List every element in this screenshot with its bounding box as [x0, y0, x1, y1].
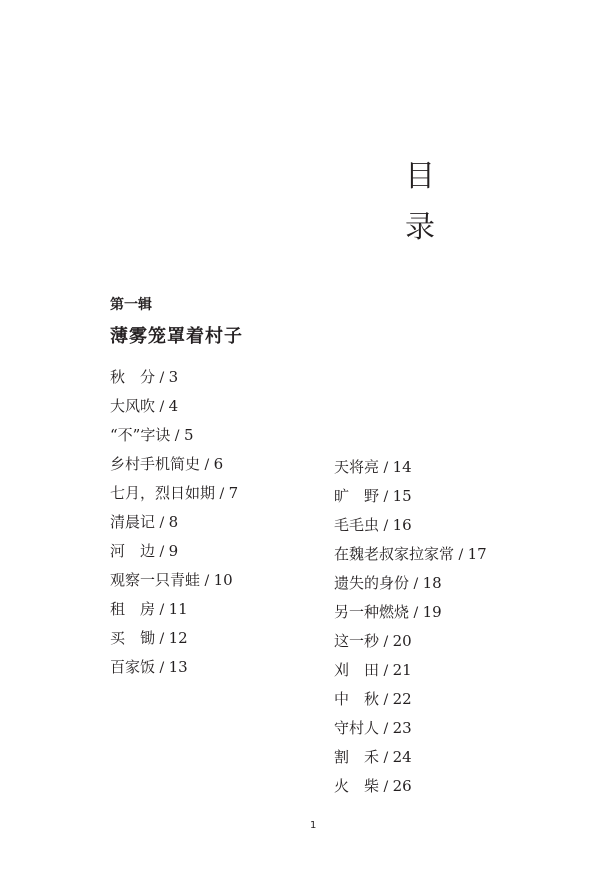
- toc-entry-separator: /: [409, 576, 423, 592]
- toc-entry-title: 买 锄: [110, 629, 155, 647]
- toc-entry-separator: /: [215, 486, 229, 502]
- toc-entry-page: 24: [393, 748, 412, 766]
- toc-entry-page: 5: [184, 426, 194, 444]
- toc-entry-title: 租 房: [110, 600, 155, 618]
- toc-entry[interactable]: 买 锄 / 12: [110, 628, 238, 657]
- toc-entry-title: 天将亮: [334, 458, 379, 476]
- toc-entry-title: 守村人: [334, 719, 379, 737]
- toc-entry[interactable]: 在魏老叔家拉家常 / 17: [334, 544, 487, 573]
- toc-entry-title: 七月，烈日如期: [110, 484, 215, 502]
- toc-column-left: 秋 分 / 3大风吹 / 4“不”字诀 / 5乡村手机简史 / 6七月，烈日如期…: [110, 367, 238, 686]
- toc-entry-page: 12: [169, 629, 188, 647]
- toc-entry-separator: /: [379, 518, 393, 534]
- toc-entry[interactable]: 大风吹 / 4: [110, 396, 238, 425]
- toc-entry[interactable]: 旷 野 / 15: [334, 486, 487, 515]
- toc-entry-separator: /: [379, 489, 393, 505]
- toc-entry[interactable]: 秋 分 / 3: [110, 367, 238, 396]
- page-number: 1: [310, 820, 316, 831]
- toc-entry[interactable]: 遗失的身份 / 18: [334, 573, 487, 602]
- toc-entry-title: 这一秒: [334, 632, 379, 650]
- toc-entry-title: 百家饭: [110, 658, 155, 676]
- toc-entry-page: 7: [229, 484, 239, 502]
- toc-entry-title: 火 柴: [334, 777, 379, 795]
- toc-entry-page: 16: [393, 516, 412, 534]
- toc-entry-page: 8: [169, 513, 179, 531]
- toc-heading-char-1: 目: [405, 162, 435, 192]
- toc-entry-separator: /: [379, 779, 393, 795]
- toc-entry-page: 3: [169, 368, 179, 386]
- toc-entry-page: 6: [214, 455, 224, 473]
- toc-entry-page: 4: [169, 397, 179, 415]
- toc-entry-page: 10: [214, 571, 233, 589]
- toc-entry-separator: /: [454, 547, 468, 563]
- toc-entry[interactable]: 租 房 / 11: [110, 599, 238, 628]
- toc-entry-title: 乡村手机简史: [110, 455, 200, 473]
- toc-entry-title: 刈 田: [334, 661, 379, 679]
- toc-entry-page: 18: [423, 574, 442, 592]
- toc-entry-separator: /: [379, 663, 393, 679]
- toc-entry-title: 遗失的身份: [334, 574, 409, 592]
- toc-entry-separator: /: [155, 544, 169, 560]
- toc-entry-separator: /: [170, 428, 184, 444]
- toc-entry[interactable]: 河 边 / 9: [110, 541, 238, 570]
- toc-entry-title: 河 边: [110, 542, 155, 560]
- toc-entry-page: 17: [468, 545, 487, 563]
- toc-entry[interactable]: 另一种燃烧 / 19: [334, 602, 487, 631]
- toc-entry-separator: /: [155, 399, 169, 415]
- toc-entry-title: 中 秋: [334, 690, 379, 708]
- toc-entry-page: 26: [393, 777, 412, 795]
- toc-entry-separator: /: [409, 605, 423, 621]
- section-label: 第一辑: [110, 294, 152, 314]
- toc-heading-char-2: 录: [405, 213, 435, 243]
- toc-entry[interactable]: 中 秋 / 22: [334, 689, 487, 718]
- toc-entry-separator: /: [379, 750, 393, 766]
- toc-entry[interactable]: 守村人 / 23: [334, 718, 487, 747]
- toc-entry[interactable]: 清晨记 / 8: [110, 512, 238, 541]
- toc-entry[interactable]: 这一秒 / 20: [334, 631, 487, 660]
- toc-entry-page: 22: [393, 690, 412, 708]
- toc-entry-title: 另一种燃烧: [334, 603, 409, 621]
- toc-entry-page: 9: [169, 542, 179, 560]
- toc-entry[interactable]: 天将亮 / 14: [334, 457, 487, 486]
- toc-entry-page: 13: [169, 658, 188, 676]
- toc-entry-page: 11: [169, 600, 188, 618]
- toc-entry-separator: /: [379, 634, 393, 650]
- toc-entry[interactable]: “不”字诀 / 5: [110, 425, 238, 454]
- toc-entry-separator: /: [155, 515, 169, 531]
- toc-entry-page: 14: [393, 458, 412, 476]
- toc-entry-separator: /: [379, 692, 393, 708]
- toc-entry-title: 毛毛虫: [334, 516, 379, 534]
- toc-entry[interactable]: 火 柴 / 26: [334, 776, 487, 805]
- toc-entry-title: 秋 分: [110, 368, 155, 386]
- toc-entry-separator: /: [379, 721, 393, 737]
- section-title: 薄雾笼罩着村子: [110, 322, 243, 348]
- toc-entry[interactable]: 七月，烈日如期 / 7: [110, 483, 238, 512]
- toc-column-right: 天将亮 / 14旷 野 / 15毛毛虫 / 16在魏老叔家拉家常 / 17遗失的…: [334, 457, 487, 805]
- toc-entry[interactable]: 百家饭 / 13: [110, 657, 238, 686]
- toc-entry[interactable]: 割 禾 / 24: [334, 747, 487, 776]
- toc-entry-separator: /: [155, 660, 169, 676]
- toc-entry-separator: /: [379, 460, 393, 476]
- toc-entry-page: 15: [393, 487, 412, 505]
- toc-entry[interactable]: 刈 田 / 21: [334, 660, 487, 689]
- toc-entry-page: 20: [393, 632, 412, 650]
- toc-entry[interactable]: 乡村手机简史 / 6: [110, 454, 238, 483]
- toc-entry-title: 割 禾: [334, 748, 379, 766]
- toc-entry-page: 21: [393, 661, 412, 679]
- toc-entry-separator: /: [155, 602, 169, 618]
- toc-entry-title: “不”字诀: [110, 426, 170, 444]
- toc-entry-page: 19: [423, 603, 442, 621]
- toc-entry[interactable]: 毛毛虫 / 16: [334, 515, 487, 544]
- toc-entry-title: 在魏老叔家拉家常: [334, 545, 454, 563]
- toc-entry-title: 清晨记: [110, 513, 155, 531]
- toc-entry-title: 观察一只青蛙: [110, 571, 200, 589]
- toc-entry-separator: /: [200, 457, 214, 473]
- toc-entry-separator: /: [155, 631, 169, 647]
- toc-entry-separator: /: [200, 573, 214, 589]
- toc-entry[interactable]: 观察一只青蛙 / 10: [110, 570, 238, 599]
- toc-entry-page: 23: [393, 719, 412, 737]
- toc-entry-separator: /: [155, 370, 169, 386]
- toc-entry-title: 大风吹: [110, 397, 155, 415]
- toc-entry-title: 旷 野: [334, 487, 379, 505]
